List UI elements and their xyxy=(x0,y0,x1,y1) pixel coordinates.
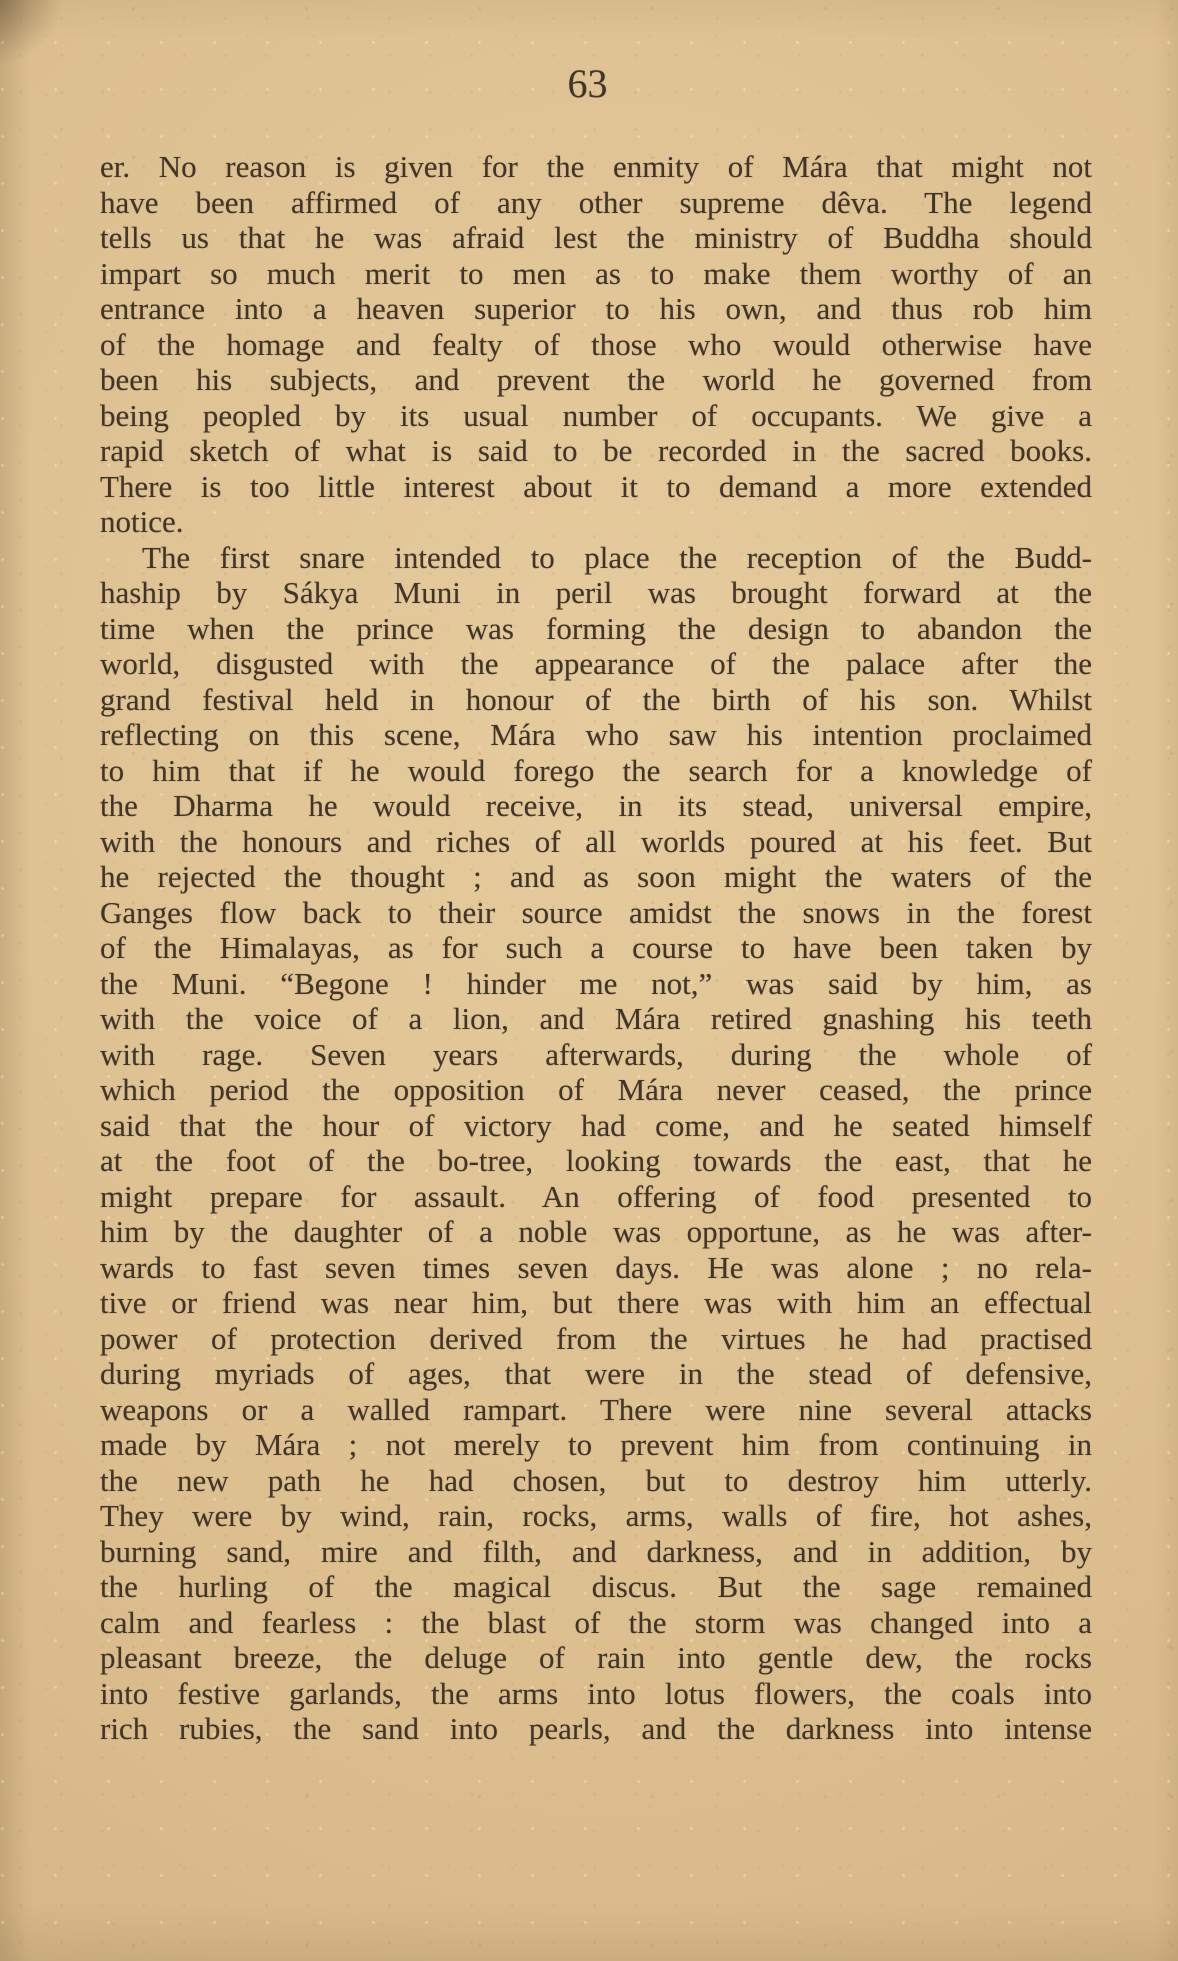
text-line: tells us that he was afraid lest the min… xyxy=(100,220,1092,256)
book-page: 63 er. No reason is given for the enmity… xyxy=(0,0,1178,1961)
page-number: 63 xyxy=(100,60,1075,107)
text-line: Ganges flow back to their source amidst … xyxy=(100,895,1092,931)
text-line: The first snare intended to place the re… xyxy=(100,540,1092,576)
text-line: reflecting on this scene, Mára who saw h… xyxy=(100,717,1092,753)
text-line: world, disgusted with the appearance of … xyxy=(100,646,1092,682)
text-line: him by the daughter of a noble was oppor… xyxy=(100,1214,1092,1250)
text-line: to him that if he would forego the searc… xyxy=(100,753,1092,789)
text-line: of the Himalayas, as for such a course t… xyxy=(100,930,1092,966)
text-line: haship by Sákya Muni in peril was brough… xyxy=(100,575,1092,611)
text-line: rich rubies, the sand into pearls, and t… xyxy=(100,1711,1092,1747)
text-line: he rejected the thought ; and as soon mi… xyxy=(100,859,1092,895)
text-block: er. No reason is given for the enmity of… xyxy=(100,149,1092,1747)
text-line: the Muni. “Begone ! hinder me not,” was … xyxy=(100,966,1092,1002)
paragraph-2: The first snare intended to place the re… xyxy=(100,540,1092,1747)
text-line: er. No reason is given for the enmity of… xyxy=(100,149,1092,185)
text-line: the Dharma he would receive, in its stea… xyxy=(100,788,1092,824)
text-line: at the foot of the bo-tree, looking towa… xyxy=(100,1143,1092,1179)
text-line: with the honours and riches of all world… xyxy=(100,824,1092,860)
text-line: the hurling of the magical discus. But t… xyxy=(100,1569,1092,1605)
text-line: which period the opposition of Mára neve… xyxy=(100,1072,1092,1108)
text-line: power of protection derived from the vir… xyxy=(100,1321,1092,1357)
text-line: made by Mára ; not merely to prevent him… xyxy=(100,1427,1092,1463)
text-line: been his subjects, and prevent the world… xyxy=(100,362,1092,398)
paragraph-1: er. No reason is given for the enmity of… xyxy=(100,149,1092,540)
text-line: have been affirmed of any other supreme … xyxy=(100,185,1092,221)
text-line: into festive garlands, the arms into lot… xyxy=(100,1676,1092,1712)
text-line: tive or friend was near him, but there w… xyxy=(100,1285,1092,1321)
text-line: pleasant breeze, the deluge of rain into… xyxy=(100,1640,1092,1676)
text-line: with the voice of a lion, and Mára retir… xyxy=(100,1001,1092,1037)
text-line: might prepare for assault. An offering o… xyxy=(100,1179,1092,1215)
text-line: notice. xyxy=(100,504,1092,540)
text-line: during myriads of ages, that were in the… xyxy=(100,1356,1092,1392)
text-line: There is too little interest about it to… xyxy=(100,469,1092,505)
text-line: the new path he had chosen, but to destr… xyxy=(100,1463,1092,1499)
text-line: impart so much merit to men as to make t… xyxy=(100,256,1092,292)
text-line: calm and fearless : the blast of the sto… xyxy=(100,1605,1092,1641)
text-line: of the homage and fealty of those who wo… xyxy=(100,327,1092,363)
text-line: burning sand, mire and filth, and darkne… xyxy=(100,1534,1092,1570)
text-line: said that the hour of victory had come, … xyxy=(100,1108,1092,1144)
text-line: wards to fast seven times seven days. He… xyxy=(100,1250,1092,1286)
text-line: with rage. Seven years afterwards, durin… xyxy=(100,1037,1092,1073)
text-line: weapons or a walled rampart. There were … xyxy=(100,1392,1092,1428)
text-line: grand festival held in honour of the bir… xyxy=(100,682,1092,718)
text-line: being peopled by its usual number of occ… xyxy=(100,398,1092,434)
text-line: rapid sketch of what is said to be recor… xyxy=(100,433,1092,469)
text-line: time when the prince was forming the des… xyxy=(100,611,1092,647)
text-line: They were by wind, rain, rocks, arms, wa… xyxy=(100,1498,1092,1534)
text-line: entrance into a heaven superior to his o… xyxy=(100,291,1092,327)
